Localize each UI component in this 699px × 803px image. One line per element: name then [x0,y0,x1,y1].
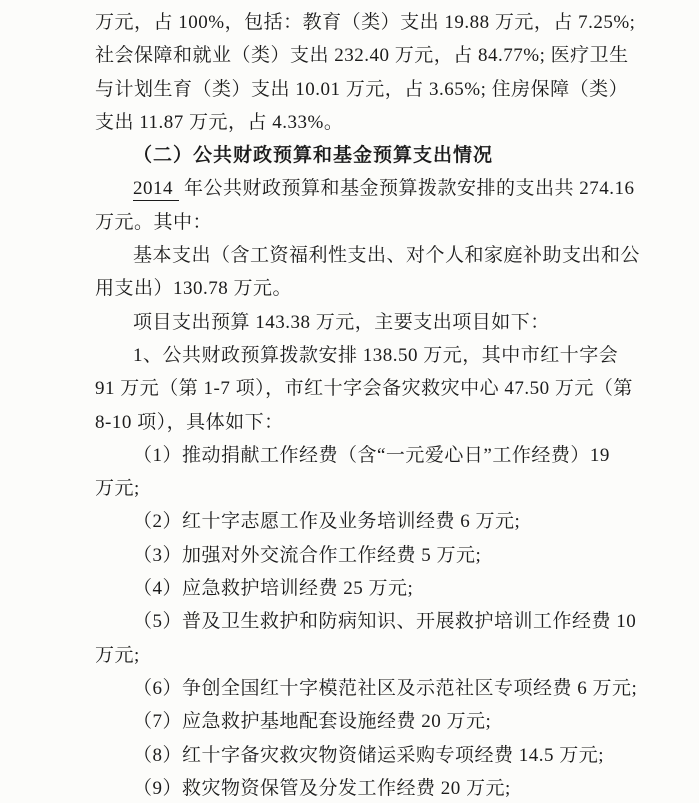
line-item-8: （8）红十字备灾救灾物资储运采购专项经费 14.5 万元; [95,739,699,772]
line-item-3: （3）加强对外交流合作工作经费 5 万元; [95,539,699,572]
line-expense-breakdown-1: 社会保障和就业（类）支出 232.40 万元，占 84.77%; 医疗卫生 [95,39,699,72]
line-continued-total: 万元，占 100%，包括：教育（类）支出 19.88 万元，占 7.25%; [95,6,699,39]
line-item-5-continued: 万元; [95,639,699,672]
line-expense-breakdown-3: 支出 11.87 万元，占 4.33%。 [95,106,699,139]
line-allocation-continued-2: 8-10 项），具体如下： [95,406,699,439]
line-continued-amount: 万元。其中： [95,206,699,239]
line-project-budget: 项目支出预算 143.38 万元，主要支出项目如下： [95,306,699,339]
line-expense-breakdown-2: 与计划生育（类）支出 10.01 万元，占 3.65%; 住房保障（类） [95,73,699,106]
line-item-1: （1）推动捐献工作经费（含“一元爱心日”工作经费）19 [95,439,699,472]
line-item-5: （5）普及卫生救护和防病知识、开展救护培训工作经费 10 [95,605,699,638]
underlined-year: 2014 [133,178,179,201]
line-item-2: （2）红十字志愿工作及业务培训经费 6 万元; [95,505,699,538]
year-line-text: 年公共财政预算和基金预算拨款安排的支出共 274.16 [184,178,635,199]
line-basic-expense: 基本支出（含工资福利性支出、对个人和家庭补助支出和公 [95,239,699,272]
line-item-allocation: 1、公共财政预算拨款安排 138.50 万元，其中市红十字会 [95,339,699,372]
line-item-4: （4）应急救护培训经费 25 万元; [95,572,699,605]
line-allocation-continued-1: 91 万元（第 1-7 项），市红十字会备灾救灾中心 47.50 万元（第 [95,372,699,405]
section-heading: （二）公共财政预算和基金预算支出情况 [95,139,699,172]
document-page: 万元，占 100%，包括：教育（类）支出 19.88 万元，占 7.25%; 社… [0,0,699,803]
line-budget-total-2014: 2014年公共财政预算和基金预算拨款安排的支出共 274.16 [95,172,699,205]
line-basic-expense-continued: 用支出）130.78 万元。 [95,272,699,305]
line-item-6: （6）争创全国红十字模范社区及示范社区专项经费 6 万元; [95,672,699,705]
line-item-1-continued: 万元; [95,472,699,505]
line-item-7: （7）应急救护基地配套设施经费 20 万元; [95,705,699,738]
line-item-9: （9）救灾物资保管及分发工作经费 20 万元; [95,772,699,803]
